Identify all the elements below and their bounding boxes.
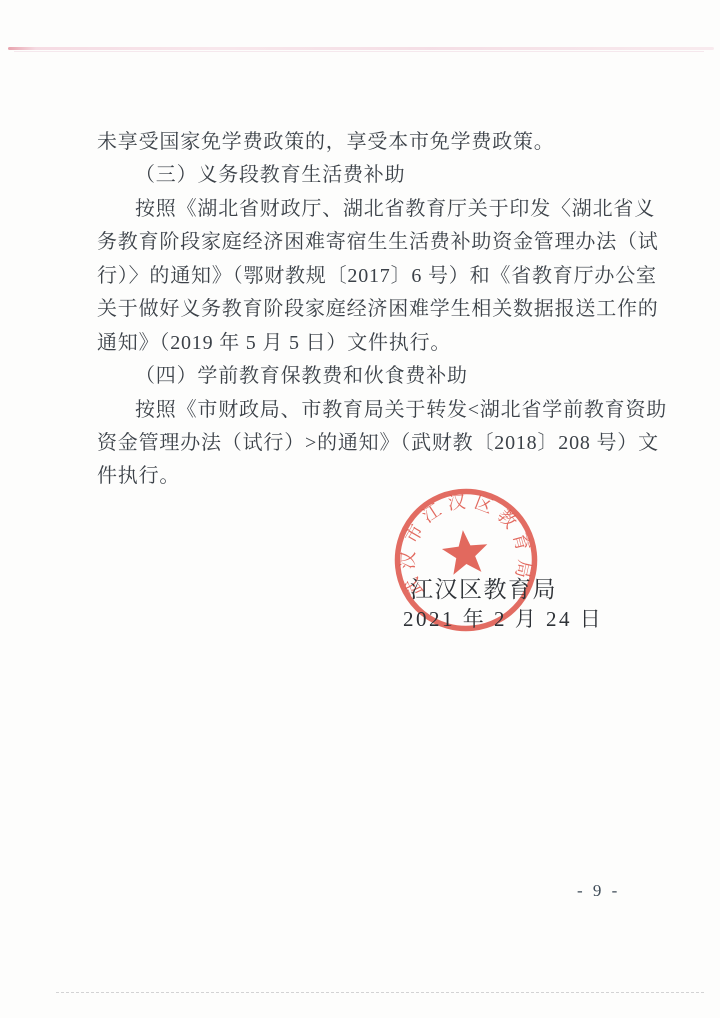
body-line-heading-3: （三）义务段教育生活费补助 [97, 159, 643, 192]
scan-artifact-top-line-shadow [14, 51, 704, 52]
body-line: 关于做好义务教育阶段家庭经济困难学生相关数据报送工作的 [97, 293, 643, 326]
signature-issuer: 江汉区教育局 [410, 571, 557, 604]
body-line: 务教育阶段家庭经济困难寄宿生生活费补助资金管理办法（试 [97, 226, 643, 259]
star-icon [440, 528, 490, 576]
document-body: 未享受国家免学费政策的，享受本市免学费政策。 （三）义务段教育生活费补助 按照《… [97, 126, 643, 494]
scan-artifact-top-line [8, 47, 714, 50]
body-line: 行）〉的通知》（鄂财教规〔2017〕6 号）和《省教育厅办公室 [97, 260, 643, 293]
body-line: 按照《市财政局、市教育局关于转发<湖北省学前教育资助 [97, 394, 643, 427]
scan-artifact-bottom-line [56, 992, 704, 993]
body-line-heading-4: （四）学前教育保教费和伙食费补助 [97, 360, 643, 393]
body-line: 按照《湖北省财政厅、湖北省教育厅关于印发〈湖北省义 [97, 193, 643, 226]
scanned-document-page: 未享受国家免学费政策的，享受本市免学费政策。 （三）义务段教育生活费补助 按照《… [0, 0, 720, 1018]
body-line: 通知》（2019 年 5 月 5 日）文件执行。 [97, 327, 643, 360]
signature-date: 2021 年 2 月 24 日 [403, 603, 603, 633]
body-line: 件执行。 [97, 460, 643, 493]
body-line: 资金管理办法（试行）>的通知》（武财教〔2018〕208 号）文 [97, 427, 643, 460]
body-line: 未享受国家免学费政策的，享受本市免学费政策。 [97, 126, 643, 159]
page-number: - 9 - [577, 881, 620, 901]
